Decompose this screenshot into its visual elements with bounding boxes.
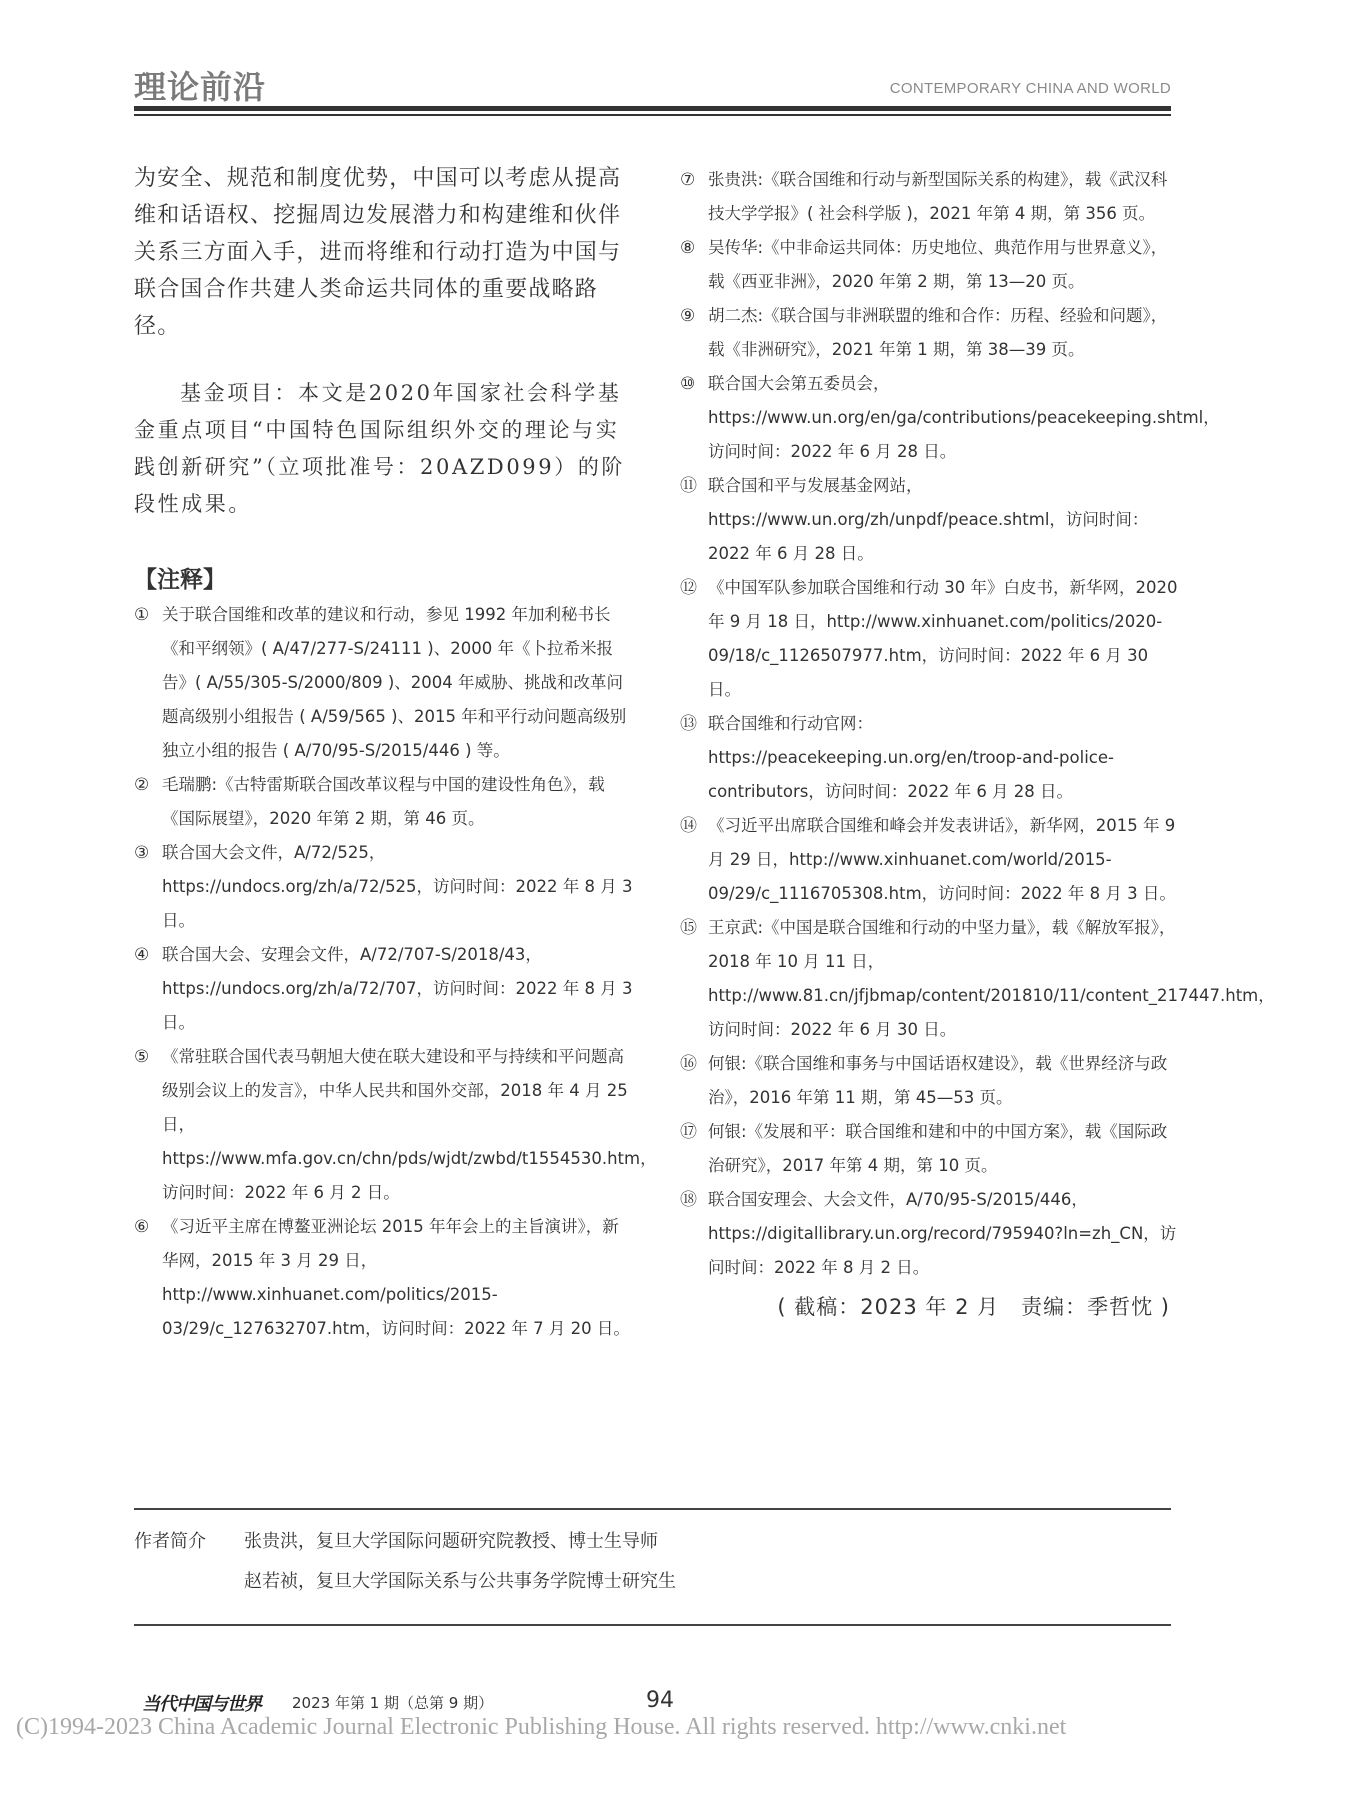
note-number: ⑩ — [680, 367, 706, 401]
note-item: ⑮王京武:《中国是联合国维和行动的中坚力量》，载《解放军报》，2018 年 10… — [680, 911, 1180, 1047]
note-item: ⑱联合国安理会、大会文件，A/70/95-S/2015/446，https://… — [680, 1183, 1180, 1285]
note-item: ⑪联合国和平与发展基金网站，https://www.un.org/zh/unpd… — [680, 469, 1180, 571]
header-rule-thick — [134, 106, 1171, 111]
note-number: ⑯ — [680, 1047, 706, 1081]
note-number: ⑱ — [680, 1183, 706, 1217]
note-number: ⑫ — [680, 571, 706, 605]
note-number: ⑦ — [680, 163, 706, 197]
author-entry: 张贵洪，复旦大学国际问题研究院教授、博士生导师 — [244, 1522, 1171, 1562]
note-number: ⑤ — [134, 1040, 160, 1074]
note-number: ③ — [134, 836, 160, 870]
manuscript-closing: ( 截稿：2023 年 2 月 责编：季哲忱 ) — [680, 1291, 1180, 1321]
note-text: 《习近平出席联合国维和峰会并发表讲话》，新华网，2015 年 9 月 29 日，… — [708, 816, 1176, 903]
left-column: 为安全、规范和制度优势，中国可以考虑从提高维和话语权、挖掘周边发展潜力和构建维和… — [134, 160, 634, 1346]
note-item: ⑫《中国军队参加联合国维和行动 30 年》白皮书，新华网，2020 年 9 月 … — [680, 571, 1180, 707]
note-item: ⑤《常驻联合国代表马朝旭大使在联大建设和平与持续和平问题高级别会议上的发言》，中… — [134, 1040, 634, 1210]
note-text: 何银:《发展和平：联合国维和建和中的中国方案》，载《国际政治研究》，2017 年… — [708, 1122, 1167, 1175]
note-number: ⑪ — [680, 469, 706, 503]
author-entry: 赵若祯，复旦大学国际关系与公共事务学院博士研究生 — [244, 1562, 1171, 1602]
note-number: ② — [134, 768, 160, 802]
note-text: 《中国军队参加联合国维和行动 30 年》白皮书，新华网，2020 年 9 月 1… — [708, 578, 1177, 699]
note-item: ⑦张贵洪:《联合国维和行动与新型国际关系的构建》，载《武汉科技大学学报》( 社会… — [680, 163, 1180, 231]
note-item: ②毛瑞鹏:《古特雷斯联合国改革议程与中国的建设性角色》，载《国际展望》，2020… — [134, 768, 634, 836]
note-item: ⑩联合国大会第五委员会，https://www.un.org/en/ga/con… — [680, 367, 1180, 469]
note-number: ⑥ — [134, 1210, 160, 1244]
note-item: ⑭《习近平出席联合国维和峰会并发表讲话》，新华网，2015 年 9 月 29 日… — [680, 809, 1180, 911]
bio-rule-top — [134, 1508, 1171, 1510]
note-item: ⑬联合国维和行动官网：https://peacekeeping.un.org/e… — [680, 707, 1180, 809]
note-text: 《习近平主席在博鳌亚洲论坛 2015 年年会上的主旨演讲》，新华网，2015 年… — [162, 1217, 630, 1338]
note-number: ① — [134, 598, 160, 632]
author-bio: 作者简介 张贵洪，复旦大学国际问题研究院教授、博士生导师 赵若祯，复旦大学国际关… — [134, 1522, 1171, 1602]
note-text: 胡二杰:《联合国与非洲联盟的维和合作：历程、经验和问题》，载《非洲研究》，202… — [708, 306, 1167, 359]
note-text: 联合国大会文件，A/72/525，https://undocs.org/zh/a… — [162, 843, 633, 930]
note-text: 联合国安理会、大会文件，A/70/95-S/2015/446，https://d… — [708, 1190, 1176, 1277]
note-text: 王京武:《中国是联合国维和行动的中坚力量》，载《解放军报》，2018 年 10 … — [708, 918, 1275, 1039]
note-text: 联合国和平与发展基金网站，https://www.un.org/zh/unpdf… — [708, 476, 1148, 563]
journal-english-name: CONTEMPORARY CHINA AND WORLD — [890, 80, 1171, 97]
note-text: 毛瑞鹏:《古特雷斯联合国改革议程与中国的建设性角色》，载《国际展望》，2020 … — [162, 775, 605, 828]
note-number: ⑧ — [680, 231, 706, 265]
note-text: 张贵洪:《联合国维和行动与新型国际关系的构建》，载《武汉科技大学学报》( 社会科… — [708, 170, 1167, 223]
body-paragraph: 为安全、规范和制度优势，中国可以考虑从提高维和话语权、挖掘周边发展潜力和构建维和… — [134, 160, 634, 345]
note-text: 关于联合国维和改革的建议和行动，参见 1992 年加利秘书长《和平纲领》( A/… — [162, 605, 626, 760]
note-text: 联合国大会第五委员会，https://www.un.org/en/ga/cont… — [708, 374, 1220, 461]
note-item: ①关于联合国维和改革的建议和行动，参见 1992 年加利秘书长《和平纲领》( A… — [134, 598, 634, 768]
note-item: ⑧吴传华:《中非命运共同体：历史地位、典范作用与世界意义》，载《西亚非洲》，20… — [680, 231, 1180, 299]
note-text: 吴传华:《中非命运共同体：历史地位、典范作用与世界意义》，载《西亚非洲》，202… — [708, 238, 1167, 291]
note-number: ⑮ — [680, 911, 706, 945]
note-number: ⑬ — [680, 707, 706, 741]
section-title: 理论前沿 — [134, 62, 266, 108]
fund-statement: 基金项目：本文是2020年国家社会科学基金重点项目“中国特色国际组织外交的理论与… — [134, 375, 634, 523]
bio-rule-bottom — [134, 1624, 1171, 1626]
note-text: 联合国大会、安理会文件，A/72/707-S/2018/43，https://u… — [162, 945, 633, 1032]
note-item: ⑯何银:《联合国维和事务与中国话语权建设》，载《世界经济与政治》，2016 年第… — [680, 1047, 1180, 1115]
note-item: ⑨胡二杰:《联合国与非洲联盟的维和合作：历程、经验和问题》，载《非洲研究》，20… — [680, 299, 1180, 367]
note-number: ④ — [134, 938, 160, 972]
note-item: ③联合国大会文件，A/72/525，https://undocs.org/zh/… — [134, 836, 634, 938]
note-number: ⑨ — [680, 299, 706, 333]
note-item: ⑥《习近平主席在博鳌亚洲论坛 2015 年年会上的主旨演讲》，新华网，2015 … — [134, 1210, 634, 1346]
note-item: ⑰何银:《发展和平：联合国维和建和中的中国方案》，载《国际政治研究》，2017 … — [680, 1115, 1180, 1183]
note-text: 何银:《联合国维和事务与中国话语权建设》，载《世界经济与政治》，2016 年第 … — [708, 1054, 1167, 1107]
note-item: ④联合国大会、安理会文件，A/72/707-S/2018/43，https://… — [134, 938, 634, 1040]
note-number: ⑭ — [680, 809, 706, 843]
bio-label: 作者简介 — [134, 1522, 244, 1562]
note-number: ⑰ — [680, 1115, 706, 1149]
note-text: 《常驻联合国代表马朝旭大使在联大建设和平与持续和平问题高级别会议上的发言》，中华… — [162, 1047, 657, 1202]
journal-logo: 当代中国与世界 — [142, 1690, 261, 1716]
copyright-notice: (C)1994-2023 China Academic Journal Elec… — [16, 1714, 1066, 1741]
page-number: 94 — [646, 1688, 674, 1713]
right-column: ⑦张贵洪:《联合国维和行动与新型国际关系的构建》，载《武汉科技大学学报》( 社会… — [680, 163, 1180, 1321]
note-text: 联合国维和行动官网：https://peacekeeping.un.org/en… — [708, 714, 1114, 801]
issue-info: 2023 年第 1 期（总第 9 期） — [292, 1692, 493, 1713]
notes-title: 【注释】 — [134, 561, 634, 594]
header-rule-thin — [134, 114, 1171, 116]
